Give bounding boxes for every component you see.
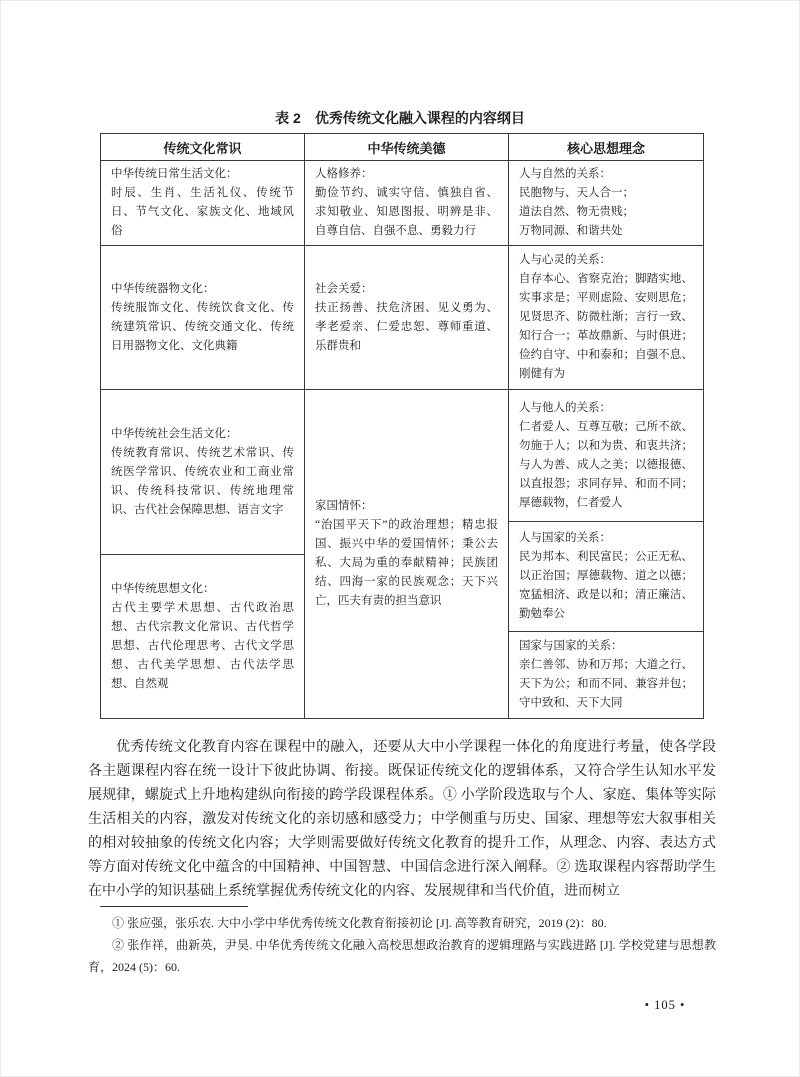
cell-body: 民为邦本、利民富民；公正无私、以正治国；厚德载物、道之以德；宽猛相济、政是以和；… [519,548,693,624]
cell-title: 社会关爱： [315,280,498,299]
cell-thought-culture: 中华传统思想文化： 古代主要学术思想、古代政治思想、古代宗教文化常识、古代哲学思… [101,555,305,719]
cell-title: 中华传统思想文化： [111,580,294,599]
cell-body: 自存本心、省察克治；脚踏实地、实事求是；平则虑险、安则思危；见贤思齐、防微杜渐；… [519,270,693,384]
footnotes-block: ① 张应强，张乐农. 大中小学中华优秀传统文化教育衔接初论 [J]. 高等教育研… [88,912,716,978]
table-header-row: 传统文化常识 中华传统美德 核心思想理念 [101,134,704,161]
cell-body: 传统服饰文化、传统饮食文化、传统建筑常识、传统交通文化、传统日用器物文化、文化典… [111,299,294,356]
cell-body: 古代主要学术思想、古代政治思想、古代宗教文化常识、古代哲学思想、古代伦理思考、古… [111,599,294,694]
cell-body: 亲仁善邻、协和万邦；大道之行、天下为公；和而不同、兼容并包；守中致和、天下大同 [519,656,693,713]
cell-social-life-culture: 中华传统社会生活文化： 传统教育常识、传统艺术常识、传统医学常识、传统农业和工商… [101,390,305,555]
cell-body: 勤俭节约、诚实守信、慎独自省、求知敬业、知恩图报、明辨是非、自尊自信、自强不息、… [315,184,498,241]
footnote-1: ① 张应强，张乐农. 大中小学中华优秀传统文化教育衔接初论 [J]. 高等教育研… [88,912,716,934]
footnote-separator [100,906,248,907]
cell-title: 人与国家的关系： [519,529,693,548]
cell-title: 中华传统日常生活文化： [111,165,294,184]
cell-title: 中华传统社会生活文化： [111,425,294,444]
cell-human-state-relation: 人与国家的关系： 民为邦本、利民富民；公正无私、以正治国；厚德载物、道之以德；宽… [509,522,704,632]
cell-family-country-feeling: 家国情怀： “治国平天下”的政治理想；精忠报国、振兴中华的爱国情怀；秉公去私、大… [305,390,509,719]
cell-title: 国家与国家的关系： [519,637,693,656]
cell-body: 时辰、生肖、生活礼仪、传统节日、节气文化、家族文化、地域风俗 [111,184,294,241]
journal-page: 表 2 优秀传统文化融入课程的内容纲目 传统文化常识 中华传统美德 核心思想理念… [0,0,800,1077]
cell-body: 仁者爱人、互尊互敬；己所不欲、勿施于人；以和为贵、和衷共济；与人为善、成人之美；… [519,418,693,513]
cell-artifact-culture: 中华传统器物文化： 传统服饰文化、传统饮食文化、传统建筑常识、传统交通文化、传统… [101,246,305,390]
cell-daily-life-culture: 中华传统日常生活文化： 时辰、生肖、生活礼仪、传统节日、节气文化、家族文化、地域… [101,161,305,246]
cell-body: “治国平天下”的政治理想；精忠报国、振兴中华的爱国情怀；秉公去私、大局为重的奉献… [315,516,498,611]
cell-title: 人与自然的关系： [519,165,693,184]
cell-personal-cultivation: 人格修养： 勤俭节约、诚实守信、慎独自省、求知敬业、知恩图报、明辨是非、自尊自信… [305,161,509,246]
cell-human-mind-relation: 人与心灵的关系： 自存本心、省察克治；脚踏实地、实事求是；平则虑险、安则思危；见… [509,246,704,390]
page-number: • 105 • [620,998,710,1013]
content-table: 传统文化常识 中华传统美德 核心思想理念 中华传统日常生活文化： 时辰、生肖、生… [100,133,704,719]
cell-social-care: 社会关爱： 扶正扬善、扶危济困、见义勇为、孝老爱亲、仁爱忠恕、尊师重道、乐群贵和 [305,246,509,390]
table-caption: 表 2 优秀传统文化融入课程的内容纲目 [0,108,800,128]
cell-human-others-relation: 人与他人的关系： 仁者爱人、互尊互敬；己所不欲、勿施于人；以和为贵、和衷共济；与… [509,390,704,522]
table-header-traditional-knowledge: 传统文化常识 [101,134,305,161]
cell-body: 传统教育常识、传统艺术常识、传统医学常识、传统农业和工商业常识、传统科技常识、传… [111,444,294,520]
table-row: 中华传统社会生活文化： 传统教育常识、传统艺术常识、传统医学常识、传统农业和工商… [101,390,704,522]
cell-title: 人与心灵的关系： [519,251,693,270]
cell-state-state-relation: 国家与国家的关系： 亲仁善邻、协和万邦；大道之行、天下为公；和而不同、兼容并包；… [509,632,704,719]
cell-title: 人与他人的关系： [519,399,693,418]
cell-title: 人格修养： [315,165,498,184]
table-header-chinese-virtues: 中华传统美德 [305,134,509,161]
cell-body: 民胞物与、天人合一； 道法自然、物无贵贱； 万物同源、和谐共处 [519,184,693,241]
body-paragraph: 优秀传统文化教育内容在课程中的融入，还要从大中小学课程一体化的角度进行考量，使各… [88,736,716,904]
cell-title: 中华传统器物文化： [111,280,294,299]
cell-body: 扶正扬善、扶危济困、见义勇为、孝老爱亲、仁爱忠恕、尊师重道、乐群贵和 [315,299,498,356]
cell-title: 家国情怀： [315,497,498,516]
table-header-core-ideas: 核心思想理念 [509,134,704,161]
cell-human-nature-relation: 人与自然的关系： 民胞物与、天人合一； 道法自然、物无贵贱； 万物同源、和谐共处 [509,161,704,246]
table-row: 中华传统器物文化： 传统服饰文化、传统饮食文化、传统建筑常识、传统交通文化、传统… [101,246,704,390]
table-row: 中华传统日常生活文化： 时辰、生肖、生活礼仪、传统节日、节气文化、家族文化、地域… [101,161,704,246]
footnote-2: ② 张作祥，曲新英，尹昊. 中华优秀传统文化融入高校思想政治教育的逻辑理路与实践… [88,934,716,978]
